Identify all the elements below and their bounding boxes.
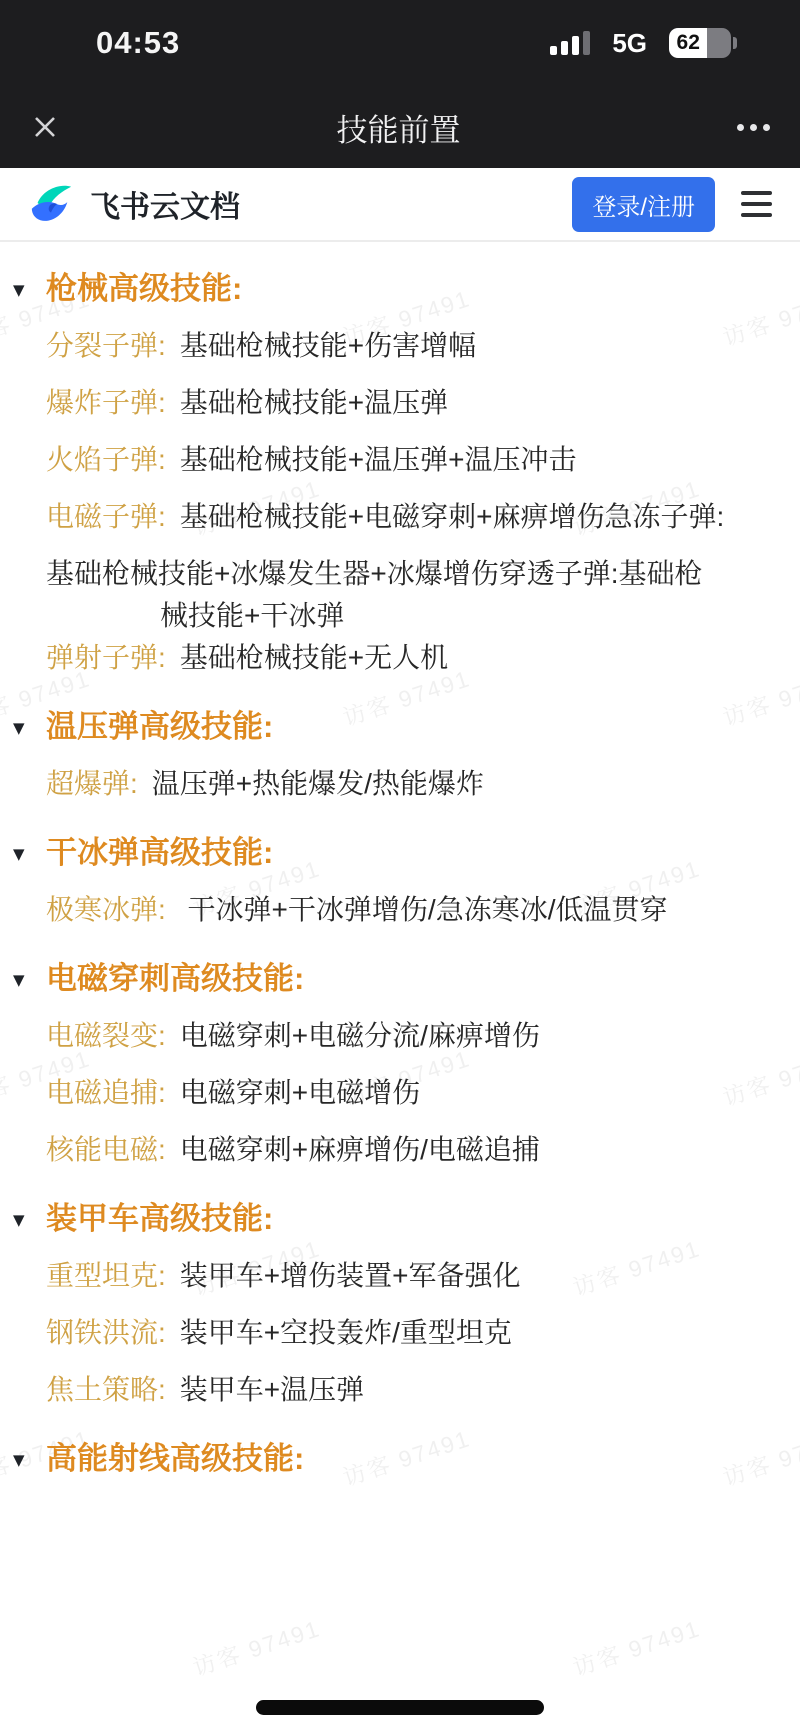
skill-item: 钢铁洪流:装甲车+空投轰炸/重型坦克 (46, 1312, 788, 1354)
skill-item: 核能电磁:电磁穿刺+麻痹增伤/电磁追捕 (46, 1129, 788, 1171)
skill-name: 火焰子弹: (46, 444, 166, 475)
close-button[interactable] (30, 112, 60, 142)
section-heading: ▼干冰弹高级技能: (46, 832, 788, 874)
status-bar: 04:53 5G 62 (0, 0, 800, 86)
skill-recipe: 干冰弹+干冰弹增伤/急冻寒冰/低温贯穿 (180, 894, 668, 925)
skill-recipe: 装甲车+增伤装置+军备强化 (180, 1260, 521, 1291)
section-heading: ▼电磁穿刺高级技能: (46, 958, 788, 1000)
skill-recipe: 装甲车+空投轰炸/重型坦克 (180, 1317, 512, 1348)
collapse-triangle-icon[interactable]: ▼ (13, 1199, 25, 1241)
skill-item: 火焰子弹:基础枪械技能+温压弹+温压冲击 (46, 439, 788, 481)
doc-section: ▼干冰弹高级技能:极寒冰弹: 干冰弹+干冰弹增伤/急冻寒冰/低温贯穿 (46, 832, 788, 931)
skill-recipe: 基础枪械技能+温压弹 (180, 387, 448, 418)
skill-name: 超爆弹: (46, 768, 138, 799)
watermark-text: 访客 97491 (568, 1610, 704, 1682)
clock: 04:53 (96, 25, 180, 61)
skill-recipe: 电磁穿刺+电磁增伤 (180, 1077, 420, 1108)
section-heading-text: 枪械高级技能: (46, 271, 242, 306)
skill-recipe: 电磁穿刺+电磁分流/麻痹增伤 (180, 1020, 540, 1051)
collapse-triangle-icon[interactable]: ▼ (13, 959, 25, 1001)
skill-name: 电磁子弹: (46, 501, 166, 532)
skill-item: 电磁裂变:电磁穿刺+电磁分流/麻痹增伤 (46, 1015, 788, 1057)
section-heading-text: 干冰弹高级技能: (46, 835, 273, 870)
skill-item: 极寒冰弹: 干冰弹+干冰弹增伤/急冻寒冰/低温贯穿 (46, 889, 788, 931)
login-register-button[interactable]: 登录/注册 (572, 177, 715, 232)
skill-name: 爆炸子弹: (46, 387, 166, 418)
app-header: 飞书云文档 登录/注册 (0, 168, 800, 242)
skill-recipe-continuation: 械技能+干冰弹 (46, 595, 788, 637)
section-heading: ▼高能射线高级技能: (46, 1438, 788, 1480)
skill-recipe: 电磁穿刺+麻痹增伤/电磁追捕 (180, 1134, 540, 1165)
home-indicator[interactable] (256, 1700, 544, 1715)
system-header: 04:53 5G 62 技能前置 (0, 0, 800, 168)
skill-name: 焦土策略: (46, 1374, 166, 1405)
skill-item: 电磁子弹:基础枪械技能+电磁穿刺+麻痹增伤急冻子弹: (46, 496, 788, 538)
skill-item: 分裂子弹:基础枪械技能+伤害增幅 (46, 325, 788, 367)
skill-recipe: 基础枪械技能+无人机 (180, 642, 448, 673)
collapse-triangle-icon[interactable]: ▼ (13, 833, 25, 875)
skill-name: 电磁裂变: (46, 1020, 166, 1051)
more-icon (737, 124, 770, 131)
doc-section: ▼枪械高级技能:分裂子弹:基础枪械技能+伤害增幅爆炸子弹:基础枪械技能+温压弹火… (46, 268, 788, 679)
skill-recipe-continuation: 基础枪械技能+冰爆发生器+冰爆增伤穿透子弹:基础枪 (46, 553, 788, 595)
network-type-label: 5G (612, 28, 647, 59)
collapse-triangle-icon[interactable]: ▼ (13, 707, 25, 749)
more-button[interactable] (737, 124, 770, 131)
battery-percent: 62 (677, 31, 700, 55)
cellular-signal-icon (550, 31, 590, 55)
doc-section: ▼装甲车高级技能:重型坦克:装甲车+增伤装置+军备强化钢铁洪流:装甲车+空投轰炸… (46, 1198, 788, 1411)
watermark-text: 访客 97491 (188, 1610, 324, 1682)
battery-icon: 62 (669, 28, 737, 58)
section-heading-text: 装甲车高级技能: (46, 1201, 273, 1236)
skill-recipe: 基础枪械技能+伤害增幅 (180, 330, 476, 361)
skill-name: 核能电磁: (46, 1134, 166, 1165)
collapse-triangle-icon[interactable]: ▼ (13, 269, 25, 311)
close-icon (30, 112, 60, 142)
brand: 飞书云文档 (28, 181, 572, 227)
doc-section: ▼温压弹高级技能:超爆弹:温压弹+热能爆发/热能爆炸 (46, 706, 788, 805)
skill-name: 分裂子弹: (46, 330, 166, 361)
doc-section: ▼高能射线高级技能: (46, 1438, 788, 1480)
section-heading: ▼温压弹高级技能: (46, 706, 788, 748)
nav-bar: 技能前置 (0, 86, 800, 168)
menu-button[interactable] (741, 191, 772, 217)
skill-recipe: 基础枪械技能+电磁穿刺+麻痹增伤急冻子弹: (180, 501, 725, 532)
skill-name: 钢铁洪流: (46, 1317, 166, 1348)
skill-item: 重型坦克:装甲车+增伤装置+军备强化 (46, 1255, 788, 1297)
doc-section: ▼电磁穿刺高级技能:电磁裂变:电磁穿刺+电磁分流/麻痹增伤电磁追捕:电磁穿刺+电… (46, 958, 788, 1171)
skill-name: 电磁追捕: (46, 1077, 166, 1108)
section-heading-text: 高能射线高级技能: (46, 1441, 304, 1476)
collapse-triangle-icon[interactable]: ▼ (13, 1439, 25, 1481)
skill-item: 焦土策略:装甲车+温压弹 (46, 1369, 788, 1411)
skill-item: 电磁追捕:电磁穿刺+电磁增伤 (46, 1072, 788, 1114)
section-heading-text: 温压弹高级技能: (46, 709, 273, 744)
app-title: 飞书云文档 (90, 182, 240, 226)
skill-item: 爆炸子弹:基础枪械技能+温压弹 (46, 382, 788, 424)
skill-name: 极寒冰弹: (46, 894, 166, 925)
section-heading: ▼枪械高级技能: (46, 268, 788, 310)
skill-item: 弹射子弹:基础枪械技能+无人机 (46, 637, 788, 679)
feishu-logo-icon (28, 181, 74, 227)
page-title: 技能前置 (337, 105, 461, 150)
skill-recipe: 温压弹+热能爆发/热能爆炸 (152, 768, 484, 799)
skill-recipe: 装甲车+温压弹 (180, 1374, 364, 1405)
section-heading: ▼装甲车高级技能: (46, 1198, 788, 1240)
skill-name: 弹射子弹: (46, 642, 166, 673)
skill-name: 重型坦克: (46, 1260, 166, 1291)
document-body: ▼枪械高级技能:分裂子弹:基础枪械技能+伤害增幅爆炸子弹:基础枪械技能+温压弹火… (0, 242, 800, 1480)
skill-item: 超爆弹:温压弹+热能爆发/热能爆炸 (46, 763, 788, 805)
section-heading-text: 电磁穿刺高级技能: (46, 961, 304, 996)
skill-recipe: 基础枪械技能+温压弹+温压冲击 (180, 444, 577, 475)
